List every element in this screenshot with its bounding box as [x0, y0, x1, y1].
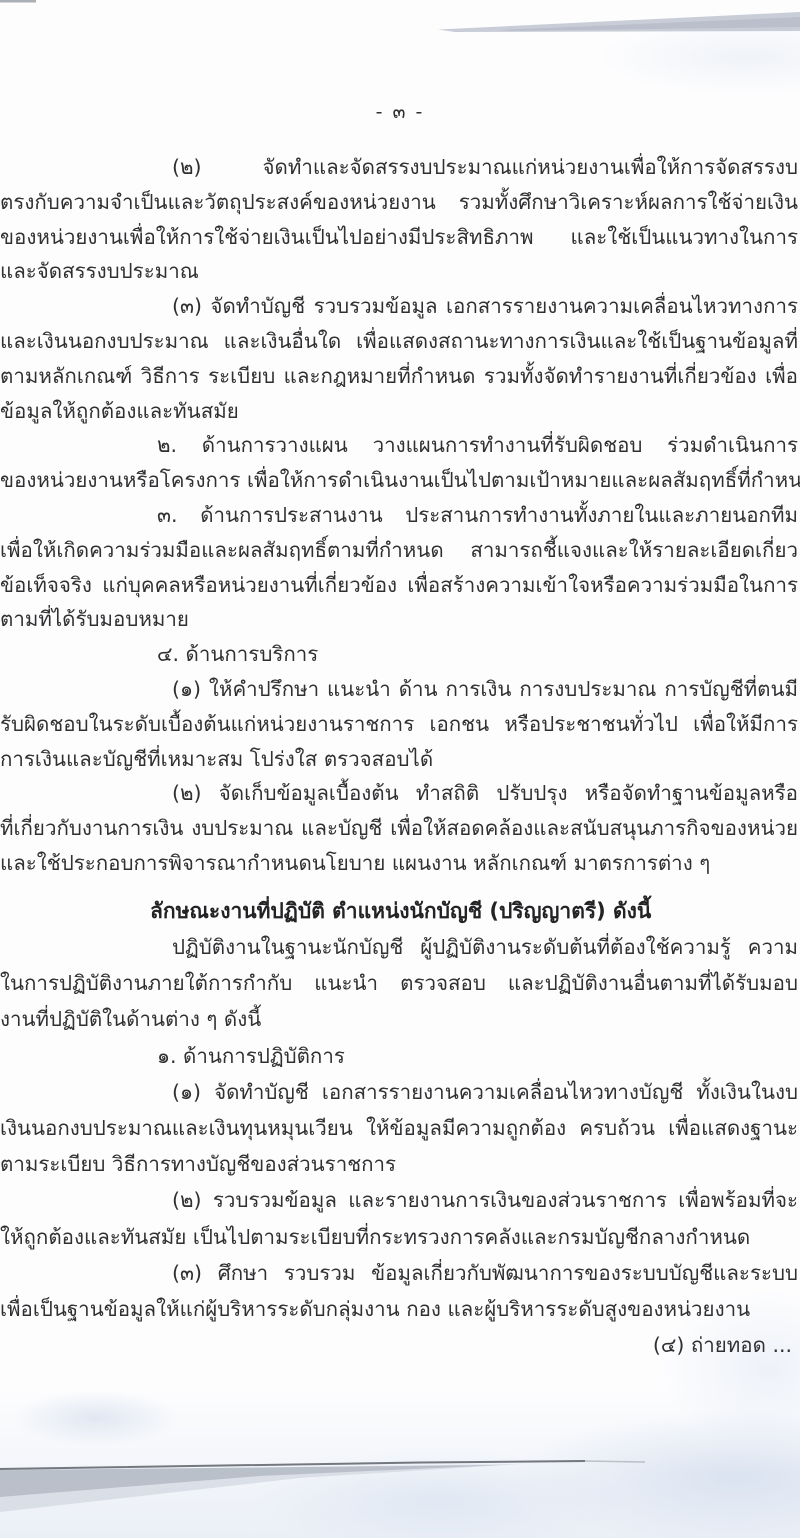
text-line: (๑) ให้คำปรึกษา แนะนำ ด้าน การเงิน การงบ…: [0, 673, 800, 706]
text-line: (๒) รวบรวมข้อมูล และรายงานการเงินของส่วน…: [0, 1184, 800, 1217]
scan-fold-wedge: [0, 1465, 500, 1497]
text-line: ตามระเบียบ วิธีการทางบัญชีของส่วนราชการ: [0, 1148, 800, 1181]
text-line: และใช้ประกอบการพิจารณากำหนดนโยบาย แผนงาน…: [0, 847, 800, 880]
text-line: (๓) จัดทำบัญชี รวบรวมข้อมูล เอกสารรายงาน…: [0, 290, 800, 323]
text-line: ตามหลักเกณฑ์ วิธีการ ระเบียบ และกฎหมายที…: [0, 360, 800, 393]
continuation-marker: (๔) ถ่ายทอด ...: [0, 1329, 800, 1362]
scan-crease-top: [438, 12, 800, 32]
text-line: ที่เกี่ยวกับงานการเงิน งบประมาณ และบัญชี…: [0, 812, 800, 845]
text-line: ๑. ด้านการปฏิบัติการ: [0, 1040, 800, 1073]
text-line: ข้อเท็จจริง แก่บุคคลหรือหน่วยงานที่เกี่ย…: [0, 569, 800, 602]
text-line: เพื่อให้เกิดความร่วมมือและผลสัมฤทธิ์ตามท…: [0, 534, 800, 567]
text-line: ในการปฏิบัติงานภายใต้การกำกับ แนะนำ ตรวจ…: [0, 967, 800, 1000]
text-line: (๓) ศึกษา รวบรวม ข้อมูลเกี่ยวกับพัฒนาการ…: [0, 1257, 800, 1290]
text-line: (๑) จัดทำบัญชี เอกสารรายงานความเคลื่อนไห…: [0, 1076, 800, 1109]
text-line: (๒) จัดทำและจัดสรรงบประมาณแก่หน่วยงานเพื…: [0, 151, 800, 184]
scan-tint-bottom: [0, 1388, 800, 1538]
text-line: (๒) จัดเก็บข้อมูลเบื้องต้น ทำสถิติ ปรับป…: [0, 777, 800, 810]
text-line: การเงินและบัญชีที่เหมาะสม โปร่งใส ตรวจสอ…: [0, 743, 800, 776]
text-line: รับผิดชอบในระดับเบื้องต้นแก่หน่วยงานราชก…: [0, 708, 800, 741]
scan-fold-shade: [0, 1464, 520, 1512]
text-line: และเงินนอกงบประมาณ และเงินอื่นใด เพื่อแส…: [0, 325, 800, 358]
scan-crease-top-core: [500, 17, 800, 31]
text-line: ๔. ด้านการบริการ: [0, 638, 800, 671]
document-page: - ๓ - (๒) จัดทำและจัดสรรงบประมาณแก่หน่วย…: [0, 0, 800, 1538]
text-line: ปฏิบัติงานในฐานะนักบัญชี ผู้ปฏิบัติงานระ…: [0, 931, 800, 964]
text-line: ให้ถูกต้องและทันสมัย เป็นไปตามระเบียบที่…: [0, 1221, 800, 1254]
text-line: ของหน่วยงานเพื่อให้การใช้จ่ายเงินเป็นไปอ…: [0, 221, 800, 254]
text-line: และจัดสรรงบประมาณ: [0, 255, 800, 288]
section-heading: ลักษณะงานที่ปฏิบัติ ตำแหน่งนักบัญชี (ปริ…: [0, 895, 800, 928]
text-line: ๒. ด้านการวางแผน วางแผนการทำงานที่รับผิด…: [0, 429, 800, 462]
text-line: งานที่ปฏิบัติในด้านต่าง ๆ ดังนี้: [0, 1003, 800, 1036]
text-line: เพื่อเป็นฐานข้อมูลให้แก่ผู้บริหารระดับกล…: [0, 1293, 800, 1326]
scan-fold-line-tail: [585, 1461, 645, 1462]
text-line: ๓. ด้านการประสานงาน ประสานการทำงานทั้งภา…: [0, 499, 800, 532]
scan-sliver-top-left: [0, 0, 36, 3]
text-line: ของหน่วยงานหรือโครงการ เพื่อให้การดำเนิน…: [0, 464, 800, 497]
text-line: ตรงกับความจำเป็นและวัตถุประสงค์ของหน่วยง…: [0, 186, 800, 219]
text-line: เงินนอกงบประมาณและเงินทุนหมุนเวียน ให้ข้…: [0, 1112, 800, 1145]
page-number: - ๓ -: [0, 97, 800, 127]
scan-fold-line: [0, 1461, 585, 1469]
text-line: ตามที่ได้รับมอบหมาย: [0, 603, 800, 636]
text-line: ข้อมูลให้ถูกต้องและทันสมัย: [0, 395, 800, 428]
